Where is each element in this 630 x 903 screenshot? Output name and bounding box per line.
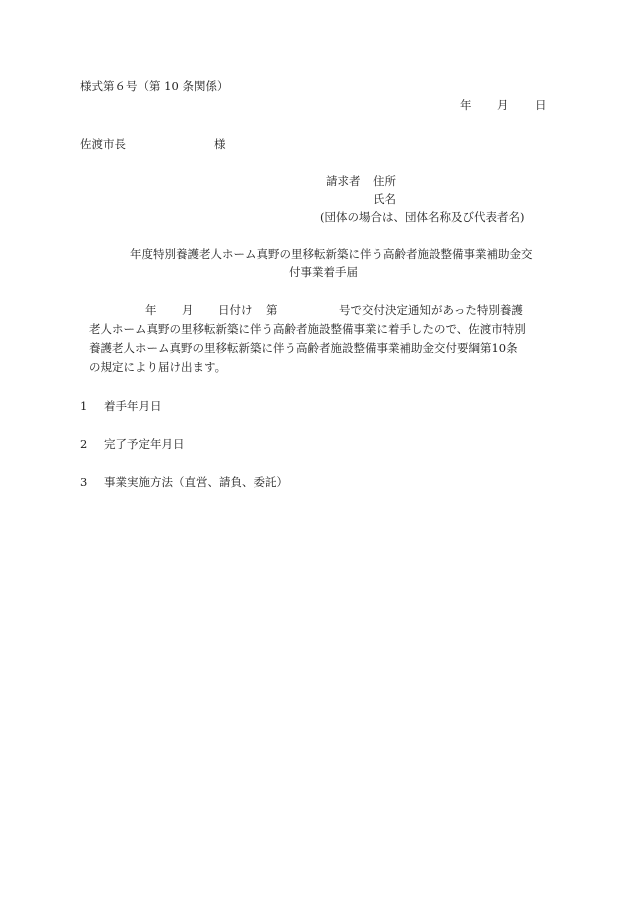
list-item-label: 完了予定年月日 — [104, 437, 185, 451]
applicant-label: 請求者 — [326, 174, 361, 189]
form-number: 様式第６号（第 10 条関係） — [80, 79, 228, 94]
body-paragraph-line-2: 老人ホーム真野の里移転新築に伴う高齢者施設整備事業に着手したので、佐渡市特別 — [89, 322, 526, 337]
body-dai-label: 第 — [266, 303, 278, 318]
list-item-label: 事業実施方法（直営、請負、委託） — [104, 475, 288, 489]
list-item: 3事業実施方法（直営、請負、委託） — [80, 475, 288, 490]
document-title-line-1: 年度特別養護老人ホーム真野の里移転新築に伴う高齢者施設整備事業補助金交 — [130, 247, 533, 262]
addressee-honorific: 様 — [214, 137, 226, 152]
list-item-label: 着手年月日 — [104, 399, 162, 413]
list-item: 2完了予定年月日 — [80, 437, 185, 452]
applicant-note: (団体の場合は、団体名称及び代表者名) — [320, 210, 524, 225]
document-title-line-2: 付事業着手届 — [289, 265, 358, 280]
body-paragraph-line-3: 養護老人ホーム真野の里移転新築に伴う高齢者施設整備事業補助金交付要綱第10条 — [89, 341, 518, 356]
date-day-label: 日 — [535, 98, 547, 113]
list-item-number: 1 — [80, 399, 104, 414]
addressee-name: 佐渡市長 — [80, 137, 126, 151]
body-day-dated-label: 日付け — [218, 303, 253, 318]
date-year-label: 年 — [460, 98, 497, 113]
body-paragraph-line-4: の規定により届け出ます。 — [89, 360, 226, 375]
list-item: 1着手年月日 — [80, 399, 162, 414]
list-item-number: 2 — [80, 437, 104, 452]
body-year-label: 年 — [145, 303, 157, 318]
date-month-label: 月 — [497, 98, 535, 113]
list-item-number: 3 — [80, 475, 104, 490]
applicant-address-label: 住所 — [373, 174, 396, 189]
date-line: 年月日 — [460, 98, 547, 113]
body-line-1-rest: 号で交付決定通知があった特別養護 — [339, 303, 523, 318]
body-month-label: 月 — [182, 303, 194, 318]
addressee: 佐渡市長 様 — [80, 137, 126, 152]
applicant-name-label: 氏名 — [373, 192, 396, 207]
